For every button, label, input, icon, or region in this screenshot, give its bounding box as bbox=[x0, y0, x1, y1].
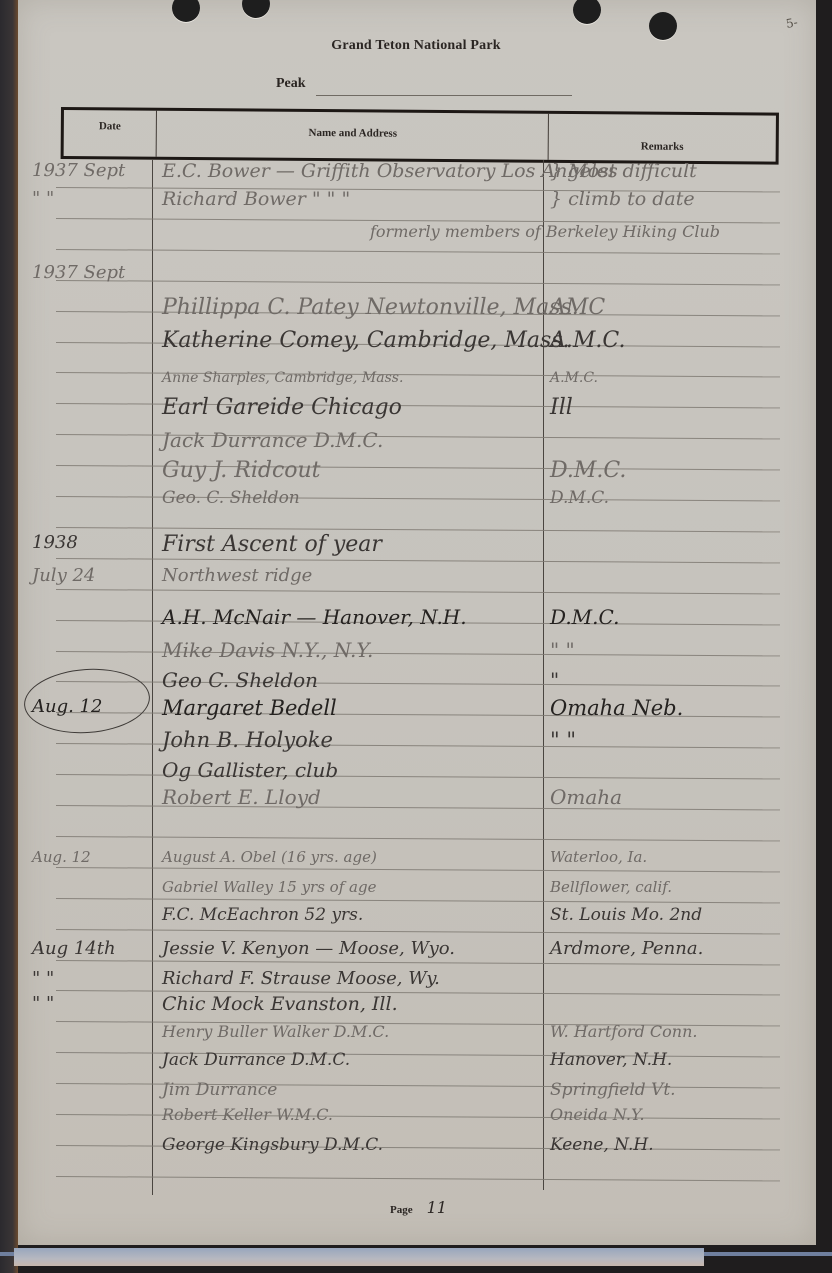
entry-date: " " bbox=[32, 993, 54, 1014]
entry-remarks: Hanover, N.H. bbox=[550, 1050, 672, 1070]
entry-name-address: Northwest ridge bbox=[162, 565, 312, 586]
entry-name-address: formerly members of Berkeley Hiking Club bbox=[370, 222, 720, 241]
entry-name-address: Robert E. Lloyd bbox=[162, 785, 321, 809]
entry-name-address: A.H. McNair — Hanover, N.H. bbox=[162, 605, 467, 629]
entry-name-address: August A. Obel (16 yrs. age) bbox=[162, 848, 377, 866]
entry-remarks: Oneida N.Y. bbox=[550, 1105, 645, 1124]
entry-date: Aug 14th bbox=[32, 938, 116, 959]
entry-date: " " bbox=[32, 188, 54, 209]
page-bottom-fold bbox=[14, 1248, 704, 1266]
entry-remarks: Waterloo, Ia. bbox=[550, 848, 647, 866]
entry-name-address: First Ascent of year bbox=[162, 532, 382, 557]
entry-name-address: Og Gallister, club bbox=[162, 758, 338, 782]
entry-name-address: Geo. C. Sheldon bbox=[162, 488, 300, 508]
page-label: Page bbox=[390, 1204, 413, 1216]
entry-date: 1937 Sept bbox=[32, 262, 125, 283]
entry-remarks: Springfield Vt. bbox=[550, 1080, 676, 1100]
entry-remarks: Ardmore, Penna. bbox=[550, 938, 703, 959]
entry-name-address: Jack Durrance D.M.C. bbox=[162, 1050, 350, 1070]
entry-remarks: A.M.C. bbox=[550, 328, 625, 353]
entry-remarks: Ill bbox=[550, 395, 573, 420]
peak-label: Peak bbox=[276, 76, 306, 92]
entry-name-address: Phillippa C. Patey Newtonville, Mass. bbox=[162, 295, 579, 320]
punch-hole-icon bbox=[649, 12, 677, 40]
entry-name-address: Geo C. Sheldon bbox=[162, 668, 318, 692]
entry-remarks: D.M.C. bbox=[550, 605, 619, 629]
entry-name-address: F.C. McEachron 52 yrs. bbox=[162, 905, 363, 925]
entry-name-address: Mike Davis N.Y., N.Y. bbox=[162, 638, 373, 662]
entry-name-address: Richard Bower " " " bbox=[162, 188, 350, 210]
corner-mark: 5- bbox=[785, 15, 799, 31]
header-date: Date bbox=[64, 110, 156, 157]
entry-remarks: AMC bbox=[550, 295, 605, 320]
page-number: 11 bbox=[427, 1198, 447, 1217]
entry-remarks: } climb to date bbox=[550, 188, 695, 210]
entry-name-address: John B. Holyoke bbox=[162, 728, 333, 752]
entry-remarks: W. Hartford Conn. bbox=[550, 1022, 698, 1041]
entry-name-address: Jessie V. Kenyon — Moose, Wyo. bbox=[162, 938, 455, 959]
page-footer: Page11 bbox=[390, 1198, 447, 1217]
entry-remarks: Keene, N.H. bbox=[550, 1135, 654, 1155]
entry-remarks: " " bbox=[550, 638, 575, 662]
peak-field bbox=[316, 95, 572, 96]
entry-remarks: " " bbox=[550, 728, 576, 752]
entry-remarks: " bbox=[550, 668, 559, 692]
entry-name-address: Henry Buller Walker D.M.C. bbox=[162, 1022, 389, 1041]
entry-name-address: Earl Gareide Chicago bbox=[162, 395, 402, 420]
entry-date: " " bbox=[32, 968, 54, 989]
entry-remarks: Omaha bbox=[550, 785, 622, 809]
entry-remarks: Bellflower, calif. bbox=[550, 878, 672, 896]
entry-name-address: Jim Durrance bbox=[162, 1080, 277, 1100]
date-column-divider bbox=[152, 160, 153, 1195]
entry-remarks: D.M.C. bbox=[550, 458, 626, 483]
column-header: Date Name and Address Remarks bbox=[61, 107, 779, 165]
header-name-address: Name and Address bbox=[156, 111, 549, 160]
entry-name-address: Katherine Comey, Cambridge, Mass. bbox=[162, 328, 570, 353]
entry-name-address: Chic Mock Evanston, Ill. bbox=[162, 993, 398, 1015]
entry-name-address: George Kingsbury D.M.C. bbox=[162, 1135, 383, 1155]
entry-date: 1938 bbox=[32, 532, 78, 553]
entry-date: 1937 Sept bbox=[32, 160, 125, 181]
entry-remarks: } Most difficult bbox=[550, 160, 697, 182]
entry-date: July 24 bbox=[32, 565, 95, 586]
entry-name-address: Margaret Bedell bbox=[162, 696, 337, 720]
entry-name-address: Anne Sharples, Cambridge, Mass. bbox=[162, 370, 403, 386]
left-backdrop bbox=[0, 0, 18, 1273]
entry-remarks: A.M.C. bbox=[550, 370, 598, 386]
entry-date: Aug. 12 bbox=[32, 848, 91, 866]
page-title: Grand Teton National Park bbox=[0, 38, 832, 54]
header-remarks: Remarks bbox=[548, 114, 776, 162]
entry-name-address: Gabriel Walley 15 yrs of age bbox=[162, 878, 376, 896]
entry-remarks: Omaha Neb. bbox=[550, 696, 683, 720]
entry-name-address: Jack Durrance D.M.C. bbox=[162, 428, 383, 452]
entry-remarks: D.M.C. bbox=[550, 488, 609, 508]
entry-remarks: St. Louis Mo. 2nd bbox=[550, 905, 702, 925]
entry-name-address: Guy J. Ridcout bbox=[162, 458, 321, 483]
entry-name-address: Richard F. Strause Moose, Wy. bbox=[162, 968, 440, 989]
entry-name-address: Robert Keller W.M.C. bbox=[162, 1105, 333, 1124]
